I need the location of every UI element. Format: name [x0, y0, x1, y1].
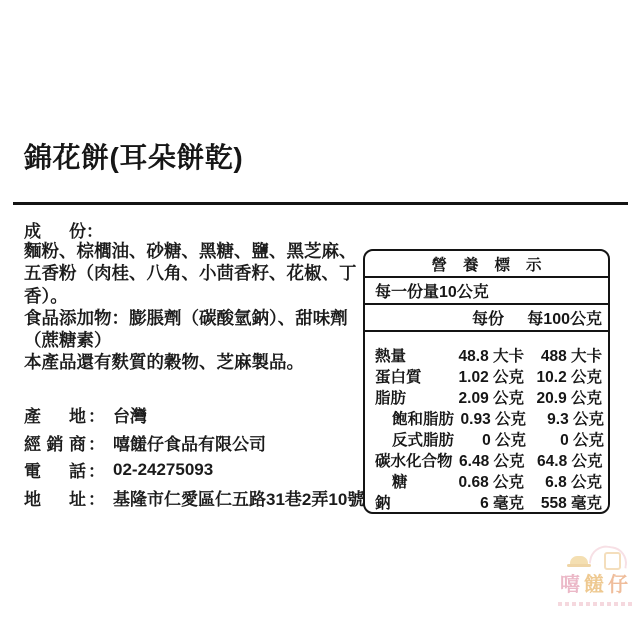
- nutrient-name: 蛋白質: [375, 365, 452, 387]
- info-colon: ：: [88, 402, 105, 427]
- ingredients-line: 本產品還有麩質的穀物、芝麻製品。: [24, 351, 358, 373]
- nutrition-table: 營養標示 每一份量10公克 每份 每100公克 熱量48.8 大卡488 大卡蛋…: [363, 249, 610, 514]
- nutrition-row: 蛋白質1.02 公克10.2 公克: [375, 365, 602, 386]
- per-100g-value: 20.9 公克: [524, 386, 602, 408]
- nutrient-name: 糖: [375, 470, 452, 492]
- ingredients-label-text: 成份: [24, 217, 86, 242]
- per-serving-value: 6.48 公克: [453, 449, 525, 471]
- info-value: 嘻饈仔食品有限公司: [113, 430, 266, 455]
- info-label: 產地: [24, 402, 86, 427]
- ingredients-line: 五香粉（肉桂、八角、小茴香籽、花椒、丁: [24, 262, 358, 284]
- nutrition-column-headers: 每份 每100公克: [365, 305, 608, 332]
- nutrient-name: 脂肪: [375, 386, 452, 408]
- logo-char: 饈: [584, 574, 608, 596]
- distributor-info: 產地：台灣經銷商：嘻饈仔食品有限公司電話：02-24275093地址：基隆市仁愛…: [24, 401, 364, 511]
- ingredients-line: 食品添加物：膨脹劑（碳酸氫鈉）、甜味劑: [24, 307, 358, 329]
- info-value: 02-24275093: [113, 460, 213, 480]
- nutrition-row: 糖0.68 公克6.8 公克: [375, 470, 602, 491]
- per-serving-value: 0.93 公克: [454, 407, 526, 429]
- per-serving-value: 1.02 公克: [452, 365, 524, 387]
- nutrition-row: 鈉6 毫克558 毫克: [375, 491, 602, 512]
- info-colon: ：: [88, 430, 105, 455]
- logo-tagline-decoration: [558, 602, 632, 606]
- ingredients-label-colon: ：: [86, 222, 103, 241]
- info-row: 電話：02-24275093: [24, 456, 364, 484]
- nutrition-table-body: 熱量48.8 大卡488 大卡蛋白質1.02 公克10.2 公克脂肪2.09 公…: [365, 332, 608, 512]
- per-serving-value: 0 公克: [454, 428, 526, 450]
- info-value: 台灣: [113, 402, 147, 427]
- nutrition-row: 碳水化合物6.48 公克64.8 公克: [375, 449, 602, 470]
- per-100g-value: 6.8 公克: [524, 470, 602, 492]
- ingredients-line: 麵粉、棕櫚油、砂糖、黑糖、鹽、黑芝麻、: [24, 240, 358, 262]
- nutrition-row: 飽和脂肪0.93 公克9.3 公克: [375, 407, 602, 428]
- per-serving-value: 48.8 大卡: [452, 344, 524, 366]
- brand-logo-text: 嘻饈仔: [552, 568, 640, 597]
- nutrition-row: 脂肪2.09 公克20.9 公克: [375, 386, 602, 407]
- ingredients-label: 成份：: [24, 217, 103, 242]
- nutrient-name: 碳水化合物: [375, 449, 453, 471]
- divider-line: [13, 202, 628, 205]
- per-serving-value: 0.68 公克: [452, 470, 524, 492]
- per-100g-value: 9.3 公克: [526, 407, 604, 429]
- serving-size-row: 每一份量10公克: [365, 278, 608, 304]
- nutrition-row: 反式脂肪0 公克0 公克: [375, 428, 602, 449]
- nutrition-row: 熱量48.8 大卡488 大卡: [375, 344, 602, 365]
- product-label-page: 錦花餅(耳朵餅乾) 成份： 麵粉、棕櫚油、砂糖、黑糖、鹽、黑芝麻、五香粉（肉桂、…: [0, 0, 640, 640]
- per-100g-value: 10.2 公克: [524, 365, 602, 387]
- per-100g-value: 0 公克: [526, 428, 604, 450]
- info-label: 地址: [24, 485, 86, 510]
- info-label: 電話: [24, 457, 86, 482]
- per-serving-value: 2.09 公克: [452, 386, 524, 408]
- info-row: 產地：台灣: [24, 401, 364, 429]
- per-serving-value: 6 毫克: [452, 491, 524, 513]
- chef-hat-icon: [570, 556, 588, 565]
- brand-watermark: 嘻饈仔: [552, 546, 640, 630]
- nutrition-table-title: 營養標示: [365, 251, 608, 278]
- ingredients-line: （蔗糖素）: [24, 329, 358, 351]
- ingredients-text: 麵粉、棕櫚油、砂糖、黑糖、鹽、黑芝麻、五香粉（肉桂、八角、小茴香籽、花椒、丁香）…: [24, 240, 358, 374]
- per-100g-value: 488 大卡: [524, 344, 602, 366]
- info-value: 基隆市仁愛區仁五路31巷2弄10號: [113, 485, 364, 510]
- nutrient-name: 反式脂肪: [375, 428, 454, 450]
- per-100g-value: 64.8 公克: [525, 449, 603, 471]
- info-row: 地址：基隆市仁愛區仁五路31巷2弄10號: [24, 484, 364, 512]
- info-colon: ：: [88, 485, 105, 510]
- nutrient-name: 熱量: [375, 344, 452, 366]
- per-100g-value: 558 毫克: [524, 491, 602, 513]
- nutrient-name: 飽和脂肪: [375, 407, 454, 429]
- info-colon: ：: [88, 457, 105, 482]
- per-100g-header: 每100公克: [524, 306, 602, 329]
- product-title: 錦花餅(耳朵餅乾): [24, 136, 243, 176]
- info-label: 經銷商: [24, 430, 86, 455]
- nutrient-name: 鈉: [375, 491, 452, 513]
- info-row: 經銷商：嘻饈仔食品有限公司: [24, 429, 364, 457]
- logo-char: 仔: [608, 574, 632, 596]
- per-serving-header: 每份: [452, 306, 524, 329]
- ingredients-line: 香）。: [24, 285, 358, 307]
- logo-char: 嘻: [560, 574, 584, 596]
